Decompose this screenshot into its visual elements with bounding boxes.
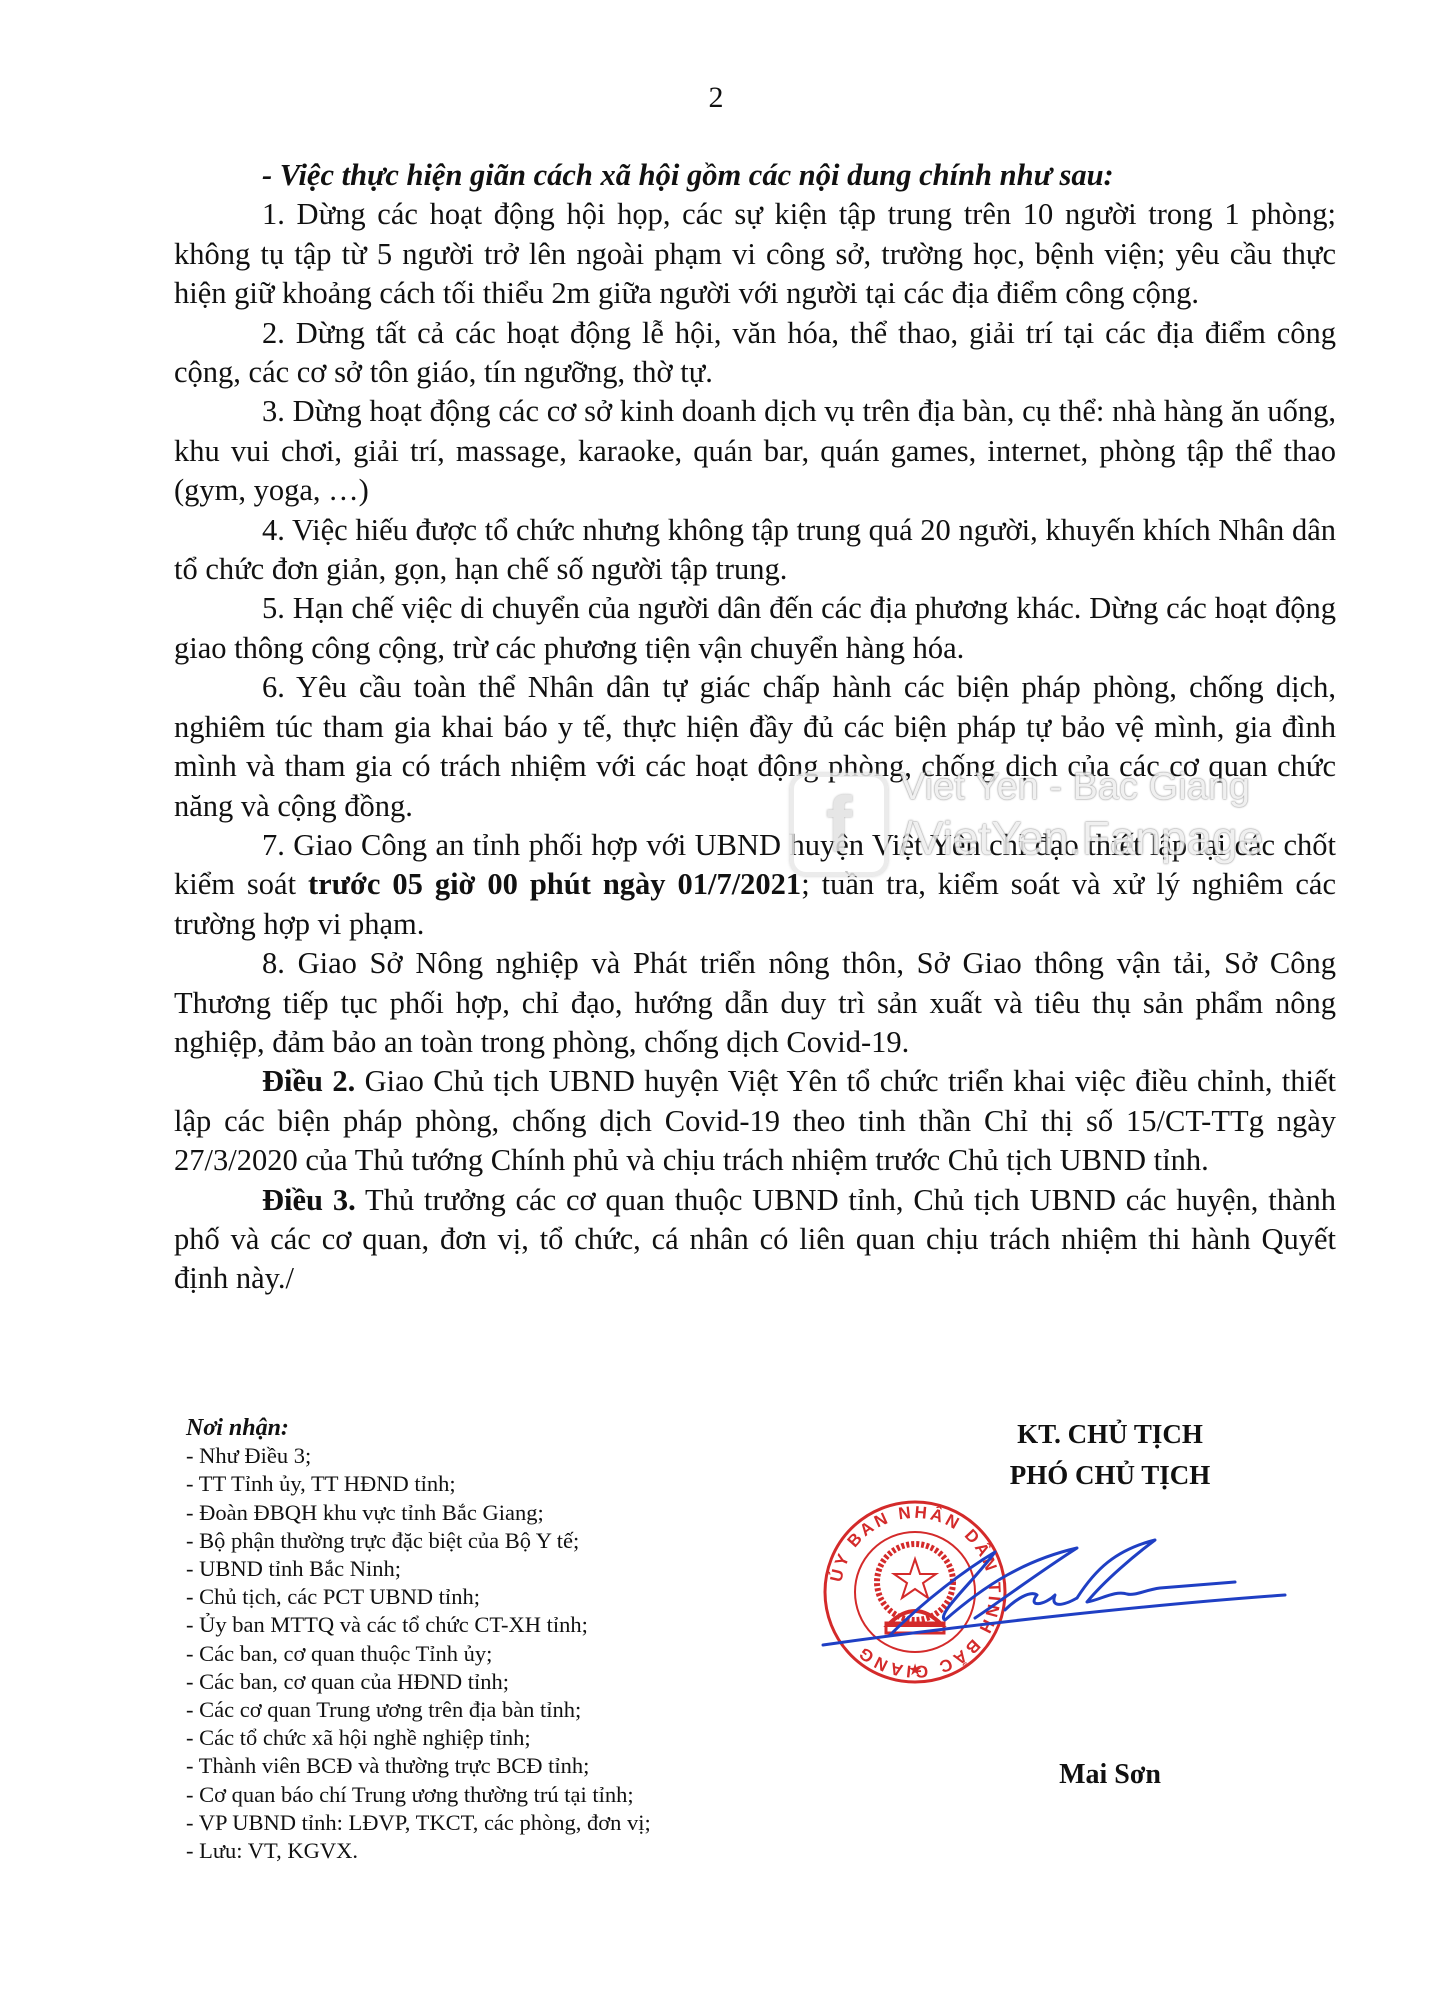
recipient-item: - Các ban, cơ quan của HĐND tỉnh; — [186, 1668, 786, 1696]
item-1: 1. Dừng các hoạt động hội họp, các sự ki… — [174, 195, 1336, 313]
signer-title-2: PHÓ CHỦ TỊCH — [880, 1455, 1340, 1496]
recipient-item: - VP UBND tỉnh: LĐVP, TKCT, các phòng, đ… — [186, 1809, 786, 1837]
recipients-block: Nơi nhận: - Như Điều 3;- TT Tỉnh ủy, TT … — [186, 1414, 786, 1865]
recipient-item: - Cơ quan báo chí Trung ương thường trú … — [186, 1781, 786, 1809]
article-3: Điều 3. Thủ trưởng các cơ quan thuộc UBN… — [174, 1181, 1336, 1299]
handwritten-signature-icon — [815, 1510, 1295, 1660]
watermark: f Viet Yen - Bac Giang /VietYen.Fanpage — [790, 765, 1310, 875]
recipient-item: - Đoàn ĐBQH khu vực tỉnh Bắc Giang; — [186, 1499, 786, 1527]
signer-name: Mai Sơn — [880, 1754, 1340, 1795]
watermark-line-1: Viet Yen - Bac Giang — [900, 765, 1250, 809]
recipient-item: - Ủy ban MTTQ và các tổ chức CT-XH tỉnh; — [186, 1611, 786, 1639]
recipient-item: - Chủ tịch, các PCT UBND tỉnh; — [186, 1583, 786, 1611]
recipient-item: - Các cơ quan Trung ương trên địa bàn tỉ… — [186, 1696, 786, 1724]
item-7-deadline: trước 05 giờ 00 phút ngày 01/7/2021 — [308, 867, 801, 901]
recipient-item: - UBND tỉnh Bắc Ninh; — [186, 1555, 786, 1583]
recipient-item: - Các tổ chức xã hội nghề nghiệp tỉnh; — [186, 1724, 786, 1752]
svg-text:★: ★ — [908, 1662, 922, 1679]
recipient-item: - Các ban, cơ quan thuộc Tỉnh ủy; — [186, 1640, 786, 1668]
page-number: 2 — [0, 78, 1432, 118]
recipients-list: - Như Điều 3;- TT Tỉnh ủy, TT HĐND tỉnh;… — [186, 1442, 786, 1865]
article-2-label: Điều 2. — [262, 1064, 355, 1098]
signer-title-1: KT. CHỦ TỊCH — [880, 1414, 1340, 1455]
item-8: 8. Giao Sở Nông nghiệp và Phát triển nôn… — [174, 944, 1336, 1062]
item-5: 5. Hạn chế việc di chuyển của người dân … — [174, 589, 1336, 668]
section-heading: - Việc thực hiện giãn cách xã hội gồm cá… — [174, 156, 1336, 195]
item-4: 4. Việc hiếu được tổ chức nhưng không tậ… — [174, 511, 1336, 590]
document-body: - Việc thực hiện giãn cách xã hội gồm cá… — [174, 156, 1336, 1299]
recipient-item: - Lưu: VT, KGVX. — [186, 1837, 786, 1865]
watermark-line-2: /VietYen.Fanpage — [900, 811, 1263, 865]
facebook-icon: f — [790, 773, 888, 876]
recipient-item: - Như Điều 3; — [186, 1442, 786, 1470]
article-2: Điều 2. Giao Chủ tịch UBND huyện Việt Yê… — [174, 1062, 1336, 1180]
signature-block: KT. CHỦ TỊCH PHÓ CHỦ TỊCH Mai Sơn — [880, 1414, 1340, 1496]
article-3-label: Điều 3. — [262, 1183, 356, 1217]
recipients-title: Nơi nhận: — [186, 1414, 786, 1442]
recipient-item: - Bộ phận thường trực đặc biệt của Bộ Y … — [186, 1527, 786, 1555]
item-3: 3. Dừng hoạt động các cơ sở kinh doanh d… — [174, 392, 1336, 510]
recipient-item: - Thành viên BCĐ và thường trực BCĐ tỉnh… — [186, 1752, 786, 1780]
item-2: 2. Dừng tất cả các hoạt động lễ hội, văn… — [174, 314, 1336, 393]
recipient-item: - TT Tỉnh ủy, TT HĐND tỉnh; — [186, 1470, 786, 1498]
